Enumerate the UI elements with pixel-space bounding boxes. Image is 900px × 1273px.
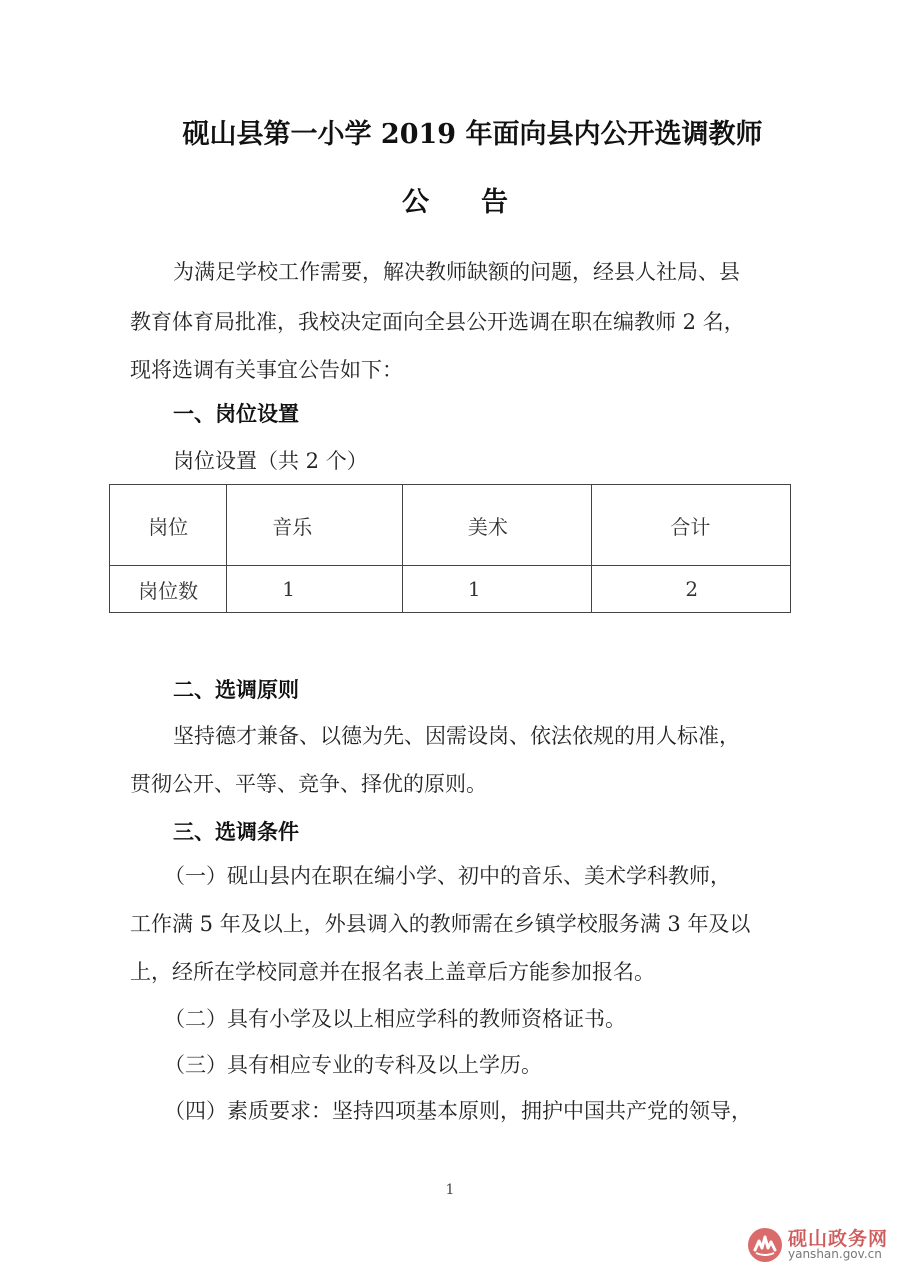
condition-1-line-1: （一）砚山县内在职在编小学、初中的音乐、美术学科教师， <box>164 860 731 890</box>
table-header-cell: 音乐 <box>227 485 403 566</box>
intro-line-1: 为满足学校工作需要，解决教师缺额的问题，经县人社局、县 <box>173 256 740 286</box>
section3-heading: 三、选调条件 <box>173 816 299 846</box>
intro-line-2: 教育体育局批准，我校决定面向全县公开选调在职在编教师 2 名， <box>130 306 745 336</box>
document-title: 砚山县第一小学 2019 年面向县内公开选调教师 <box>0 112 900 151</box>
yanshan-logo-icon <box>748 1228 782 1262</box>
condition-1-line-3: 上，经所在学校同意并在报名表上盖章后方能参加报名。 <box>130 956 655 986</box>
subtitle-char-1: 公 <box>402 180 429 219</box>
section1-heading: 一、岗位设置 <box>173 398 299 428</box>
condition-1-line-2: 工作满 5 年及以上，外县调入的教师需在乡镇学校服务满 3 年及以 <box>130 908 750 938</box>
watermark-site-url: yanshan.gov.cn <box>788 1247 882 1261</box>
table-header-cell: 岗位 <box>110 485 227 566</box>
table-header-cell: 合计 <box>592 485 791 566</box>
table-header-cell: 美术 <box>402 485 591 566</box>
table-header-row: 岗位 音乐 美术 合计 <box>110 485 791 566</box>
table-row: 岗位数 1 1 2 <box>110 566 791 613</box>
section2-line-1: 坚持德才兼备、以德为先、因需设岗、依法依规的用人标准， <box>173 720 740 750</box>
table-caption: 岗位设置（共 2 个） <box>173 445 368 475</box>
positions-table: 岗位 音乐 美术 合计 岗位数 1 1 2 <box>109 484 791 613</box>
condition-4: （四）素质要求：坚持四项基本原则，拥护中国共产党的领导， <box>164 1095 752 1125</box>
table-cell: 1 <box>402 566 591 613</box>
page-number: 1 <box>0 1182 900 1198</box>
intro-line-3: 现将选调有关事宜公告如下： <box>130 354 403 384</box>
table-cell: 2 <box>592 566 791 613</box>
table-cell: 岗位数 <box>110 566 227 613</box>
watermark-logo[interactable]: 砚山政务网 yanshan.gov.cn <box>748 1222 898 1268</box>
table-cell: 1 <box>227 566 403 613</box>
subtitle-char-2: 告 <box>481 180 508 219</box>
section2-line-2: 贯彻公开、平等、竞争、择优的原则。 <box>130 768 487 798</box>
condition-2: （二）具有小学及以上相应学科的教师资格证书。 <box>164 1003 626 1033</box>
document-subtitle: 公告 <box>0 180 900 219</box>
section2-heading: 二、选调原则 <box>173 674 299 704</box>
condition-3: （三）具有相应专业的专科及以上学历。 <box>164 1049 542 1079</box>
